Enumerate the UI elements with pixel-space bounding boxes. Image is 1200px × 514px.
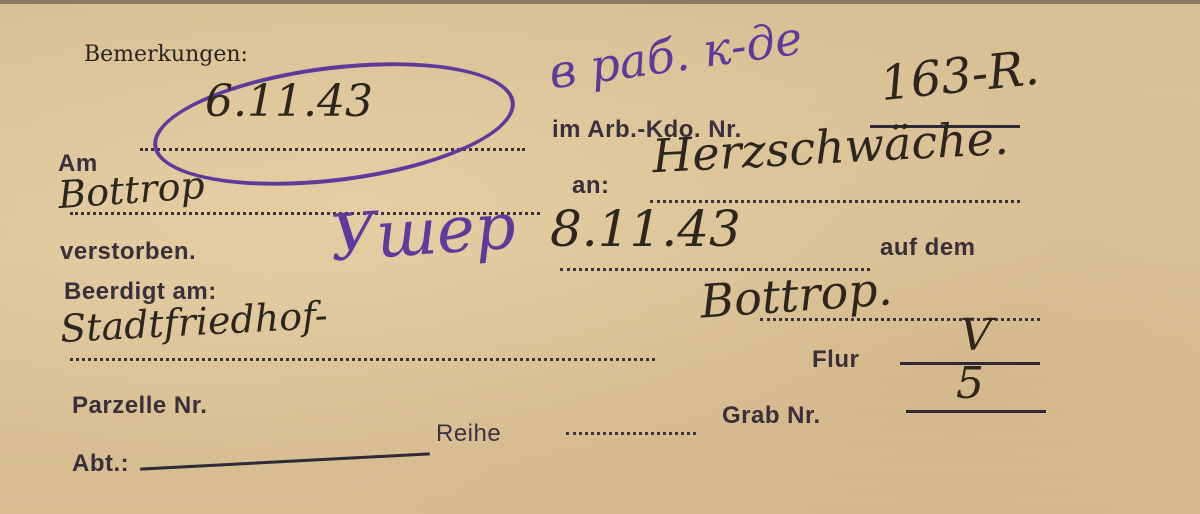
cemetery-dotted-line-1 [70, 358, 655, 361]
flur-value: V [960, 310, 992, 361]
grab-label: Grab Nr. [722, 402, 821, 430]
violet-signature: Ушер [328, 190, 518, 277]
flur-label: Flur [812, 346, 859, 374]
parzelle-label: Parzelle Nr. [72, 392, 207, 420]
abt-label: Abt.: [72, 450, 129, 478]
reihe-label: Reihe [436, 420, 501, 448]
auf-dem-label: auf dem [880, 234, 976, 262]
remarks-heading: Bemerkungen: [84, 42, 248, 67]
am-date-value: 6.11.43 [205, 76, 373, 127]
reihe-dotted-line [566, 432, 696, 435]
grab-value: 5 [956, 358, 984, 409]
cemetery-dotted-line-2 [760, 318, 1040, 321]
burial-date-value: 8.11.43 [550, 200, 741, 258]
verstorben-label: verstorben. [60, 238, 196, 266]
grab-line [906, 410, 1046, 413]
card-top-edge [0, 0, 1200, 4]
an-label: an: [572, 172, 610, 200]
